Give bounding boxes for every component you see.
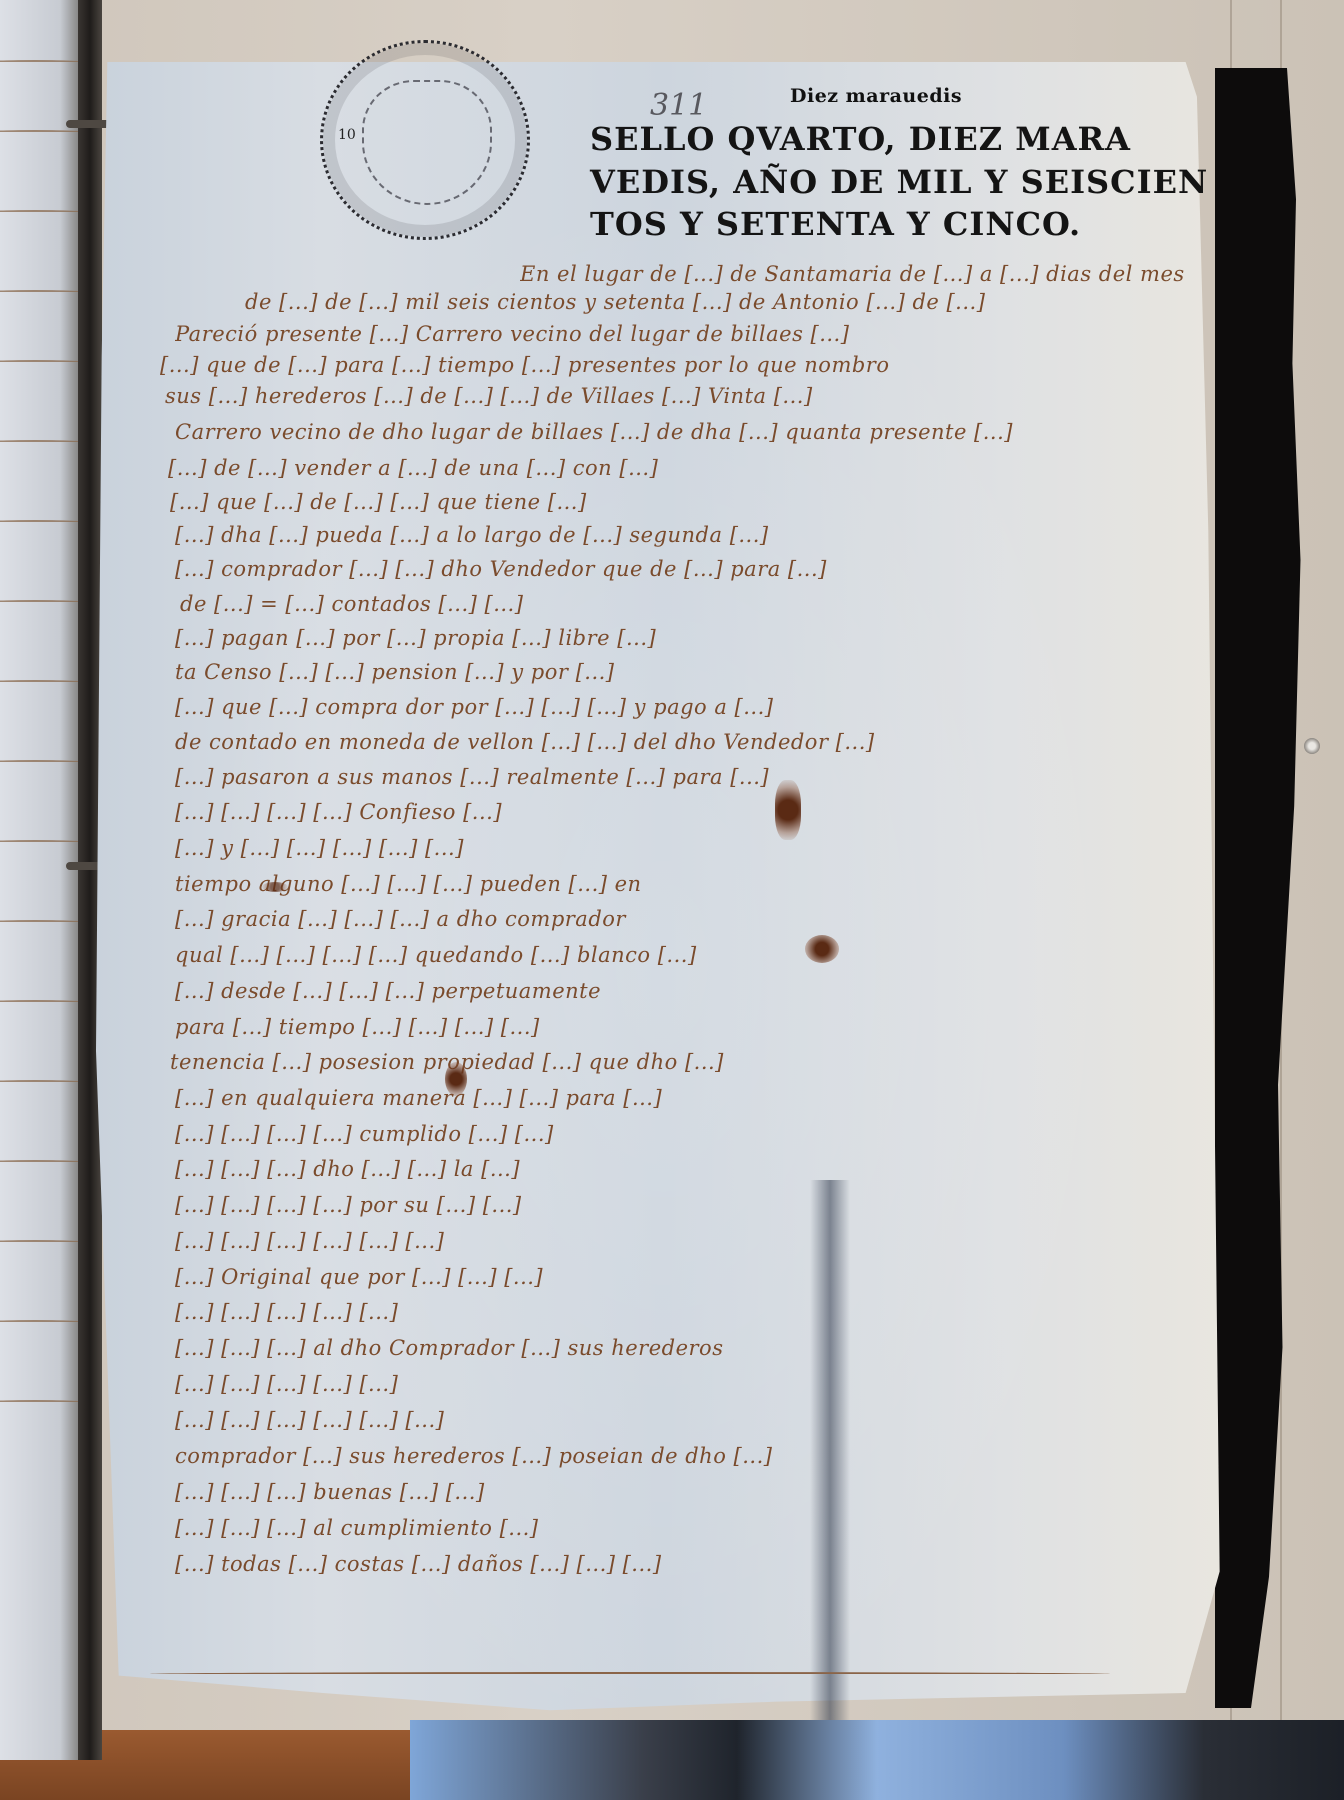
handwritten-line: [...] que [...] compra dor por [...] [..… xyxy=(175,695,1210,719)
handwritten-line: [...] que de [...] para [...] tiempo [..… xyxy=(160,353,1210,377)
handwritten-line: [...] que [...] de [...] [...] que tiene… xyxy=(170,490,1210,514)
handwritten-line: ta Censo [...] [...] pension [...] y por… xyxy=(175,660,1210,684)
handwritten-line: [...] comprador [...] [...] dho Vendedor… xyxy=(175,557,1210,581)
stamp-denomination: Diez marauedis xyxy=(790,85,962,107)
printed-header-line-3: TOS Y SETENTA Y CINCO. xyxy=(590,205,1081,243)
handwritten-line: [...] [...] [...] buenas [...] [...] xyxy=(175,1480,1210,1504)
handwritten-line: [...] dha [...] pueda [...] a lo largo d… xyxy=(175,523,1210,547)
handwritten-line: de [...] = [...] contados [...] [...] xyxy=(180,592,1210,616)
handwritten-line: [...] desde [...] [...] [...] perpetuame… xyxy=(175,979,1210,1003)
handwritten-line: [...] [...] [...] [...] por su [...] [..… xyxy=(175,1193,1210,1217)
handwritten-line: [...] [...] [...] [...] [...] xyxy=(175,1300,1210,1324)
handwritten-line: [...] [...] [...] al cumplimiento [...] xyxy=(175,1516,1210,1540)
ink-stain xyxy=(445,1062,467,1096)
folio-number: 311 xyxy=(650,88,707,123)
handwritten-line: [...] [...] [...] dho [...] [...] la [..… xyxy=(175,1157,1210,1181)
handwritten-line: Carrero vecino de dho lugar de billaes [… xyxy=(175,420,1210,444)
printed-header-line-1: SELLO QVARTO, DIEZ MARA xyxy=(590,120,1131,158)
coat-of-arms-icon xyxy=(362,80,492,205)
handwritten-line: [...] [...] [...] al dho Comprador [...]… xyxy=(175,1336,1210,1360)
nail-head xyxy=(1304,738,1320,754)
handwritten-line: [...] [...] [...] [...] [...] xyxy=(175,1372,1210,1396)
handwritten-line: para [...] tiempo [...] [...] [...] [...… xyxy=(175,1015,1210,1039)
handwritten-line: [...] [...] [...] [...] [...] [...] xyxy=(175,1229,1210,1253)
adjacent-page-left xyxy=(0,0,86,1760)
handwritten-line: comprador [...] sus herederos [...] pose… xyxy=(175,1444,1210,1468)
seal-number: 10 xyxy=(338,127,356,143)
ink-stain xyxy=(805,935,839,963)
handwritten-line: [...] todas [...] costas [...] daños [..… xyxy=(175,1552,1210,1576)
handwritten-line: [...] pasaron a sus manos [...] realment… xyxy=(175,765,1210,789)
handwritten-line: [...] [...] [...] [...] cumplido [...] [… xyxy=(175,1122,1210,1146)
ink-stain xyxy=(262,882,288,892)
handwritten-line: [...] [...] [...] [...] Confieso [...] xyxy=(175,800,1210,824)
closing-flourish-line xyxy=(150,1672,1110,1676)
handwritten-line: de contado en moneda de vellon [...] [..… xyxy=(175,730,1210,754)
handwritten-line: [...] gracia [...] [...] [...] a dho com… xyxy=(175,907,1210,931)
handwritten-line: sus [...] herederos [...] de [...] [...]… xyxy=(165,384,1210,408)
handwritten-line: [...] y [...] [...] [...] [...] [...] xyxy=(175,836,1210,860)
handwritten-line: [...] Original que por [...] [...] [...] xyxy=(175,1265,1210,1289)
handwritten-line: [...] [...] [...] [...] [...] [...] xyxy=(175,1408,1210,1432)
handwritten-line: [...] pagan [...] por [...] propia [...]… xyxy=(175,626,1210,650)
handwritten-line: qual [...] [...] [...] [...] quedando [.… xyxy=(175,943,1210,967)
printed-header-line-2: VEDIS, AÑO DE MIL Y SEISCIEN xyxy=(590,163,1208,201)
handwritten-line: [...] en qualquiera manera [...] [...] p… xyxy=(175,1086,1210,1110)
page-shadow xyxy=(1215,68,1305,1708)
handwritten-line: Pareció presente [...] Carrero vecino de… xyxy=(175,322,1210,346)
handwritten-line: de [...] de [...] mil seis cientos y set… xyxy=(245,290,1210,314)
denim-fabric xyxy=(410,1720,1344,1800)
ink-stain xyxy=(775,780,801,840)
handwritten-line: tenencia [...] posesion propiedad [...] … xyxy=(170,1050,1210,1074)
handwritten-line: [...] de [...] vender a [...] de una [..… xyxy=(168,456,1210,480)
handwritten-line: tiempo alguno [...] [...] [...] pueden [… xyxy=(175,872,1210,896)
handwritten-line: En el lugar de [...] de Santamaria de [.… xyxy=(520,262,1210,286)
